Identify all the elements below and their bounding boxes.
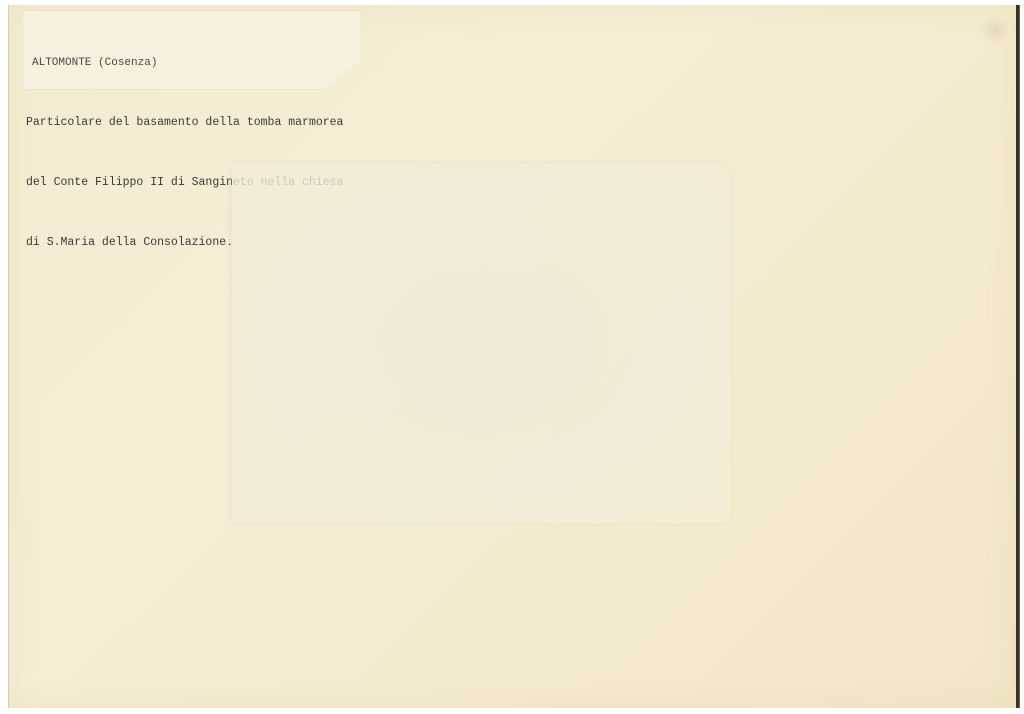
caption-title: ALTOMONTE (Cosenza)	[26, 53, 343, 73]
corner-stain	[980, 15, 1010, 45]
caption-line-1: Particolare del basamento della tomba ma…	[26, 113, 343, 133]
faded-print-outline	[232, 162, 732, 524]
card-left-edge	[8, 5, 9, 708]
